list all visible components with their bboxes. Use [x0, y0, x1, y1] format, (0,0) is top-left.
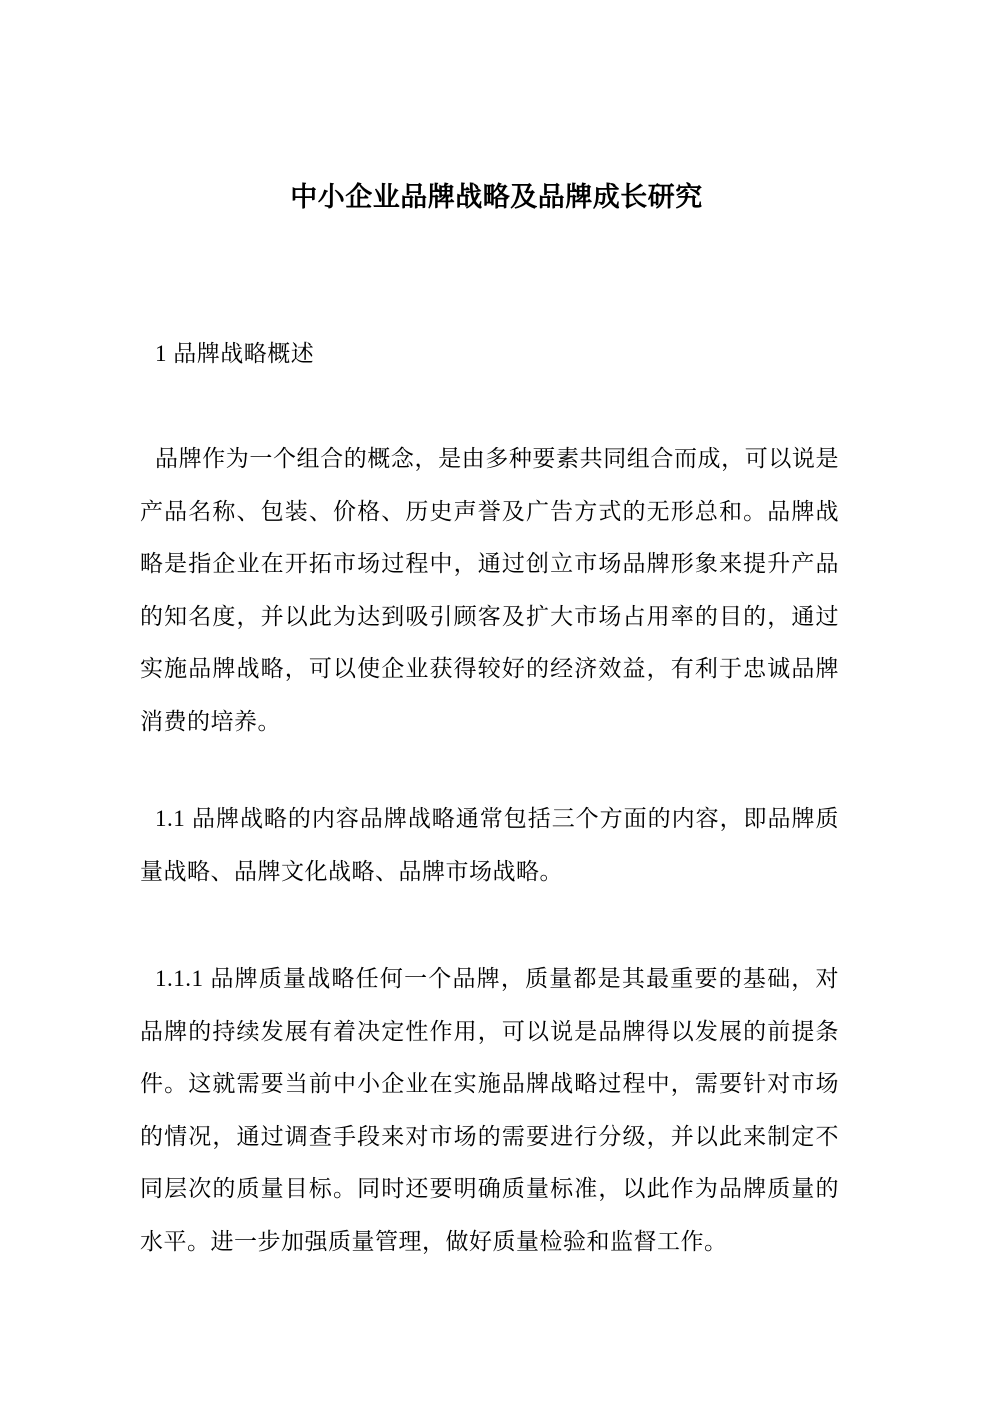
document-title: 中小企业品牌战略及品牌成长研究 — [0, 177, 993, 217]
document-page: 中小企业品牌战略及品牌成长研究 1 品牌战略概述 品牌作为一个组合的概念，是由多… — [0, 0, 993, 1404]
paragraph-brand-concept-intro: 品牌作为一个组合的概念，是由多种要素共同组合而成，可以说是产品名称、包装、价格、… — [140, 433, 839, 748]
section-heading-brand-strategy-overview: 1 品牌战略概述 — [140, 328, 839, 381]
paragraph-brand-quality-strategy: 1.1.1 品牌质量战略任何一个品牌，质量都是其最重要的基础，对品牌的持续发展有… — [140, 953, 839, 1268]
paragraph-brand-strategy-content: 1.1 品牌战略的内容品牌战略通常包括三个方面的内容，即品牌质量战略、品牌文化战… — [140, 793, 839, 898]
